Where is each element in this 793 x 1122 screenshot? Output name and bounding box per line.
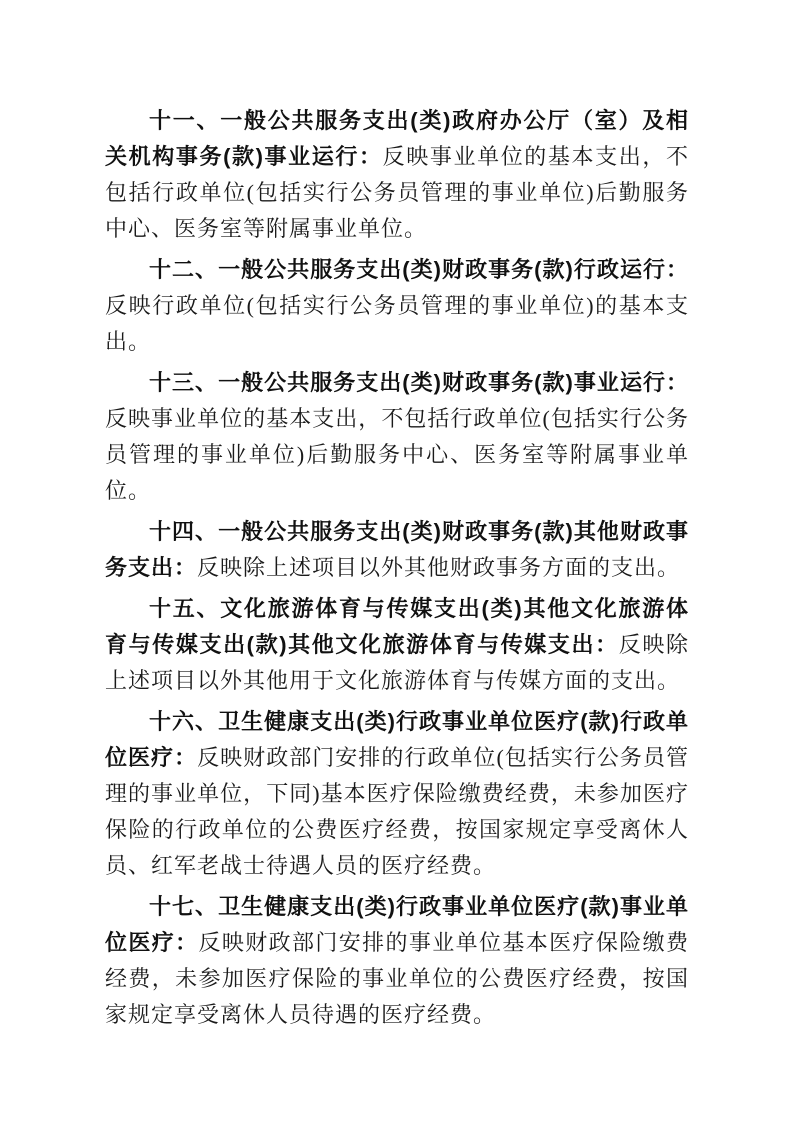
paragraph: 十六、卫生健康支出(类)行政事业单位医疗(款)行政单位医疗：反映财政部门安排的行… [105, 704, 689, 884]
paragraph: 十七、卫生健康支出(类)行政事业单位医疗(款)事业单位医疗：反映财政部门安排的事… [105, 889, 689, 1033]
paragraph-heading: 十二、一般公共服务支出(类)财政事务(款)行政运行： [149, 257, 689, 282]
paragraph: 十一、一般公共服务支出(类)政府办公厅（室）及相关机构事务(款)事业运行：反映事… [105, 103, 689, 247]
paragraph-body: 反映行政单位(包括实行公务员管理的事业单位)的基本支出。 [105, 293, 689, 354]
paragraph-heading: 十三、一般公共服务支出(类)财政事务(款)事业运行： [149, 370, 689, 395]
paragraph: 十三、一般公共服务支出(类)财政事务(款)事业运行：反映事业单位的基本支出，不包… [105, 365, 689, 509]
paragraph-list: 十一、一般公共服务支出(类)政府办公厅（室）及相关机构事务(款)事业运行：反映事… [105, 103, 689, 1033]
paragraph-heading: 十五、文化旅游体育与传媒支出(类)其他文化旅游体育与传媒支出(款)其他文化旅游体… [105, 596, 689, 657]
paragraph: 十四、一般公共服务支出(类)财政事务(款)其他财政事务支出：反映除上述项目以外其… [105, 514, 689, 586]
paragraph-body: 反映除上述项目以外其他财政事务方面的支出。 [197, 555, 680, 580]
paragraph-body: 反映事业单位的基本支出，不包括行政单位(包括实行公务员管理的事业单位)后勤服务中… [105, 406, 689, 503]
paragraph: 十五、文化旅游体育与传媒支出(类)其他文化旅游体育与传媒支出(款)其他文化旅游体… [105, 591, 689, 699]
paragraph: 十二、一般公共服务支出(类)财政事务(款)行政运行：反映行政单位(包括实行公务员… [105, 252, 689, 360]
document-page: 十一、一般公共服务支出(类)政府办公厅（室）及相关机构事务(款)事业运行：反映事… [0, 0, 793, 1122]
